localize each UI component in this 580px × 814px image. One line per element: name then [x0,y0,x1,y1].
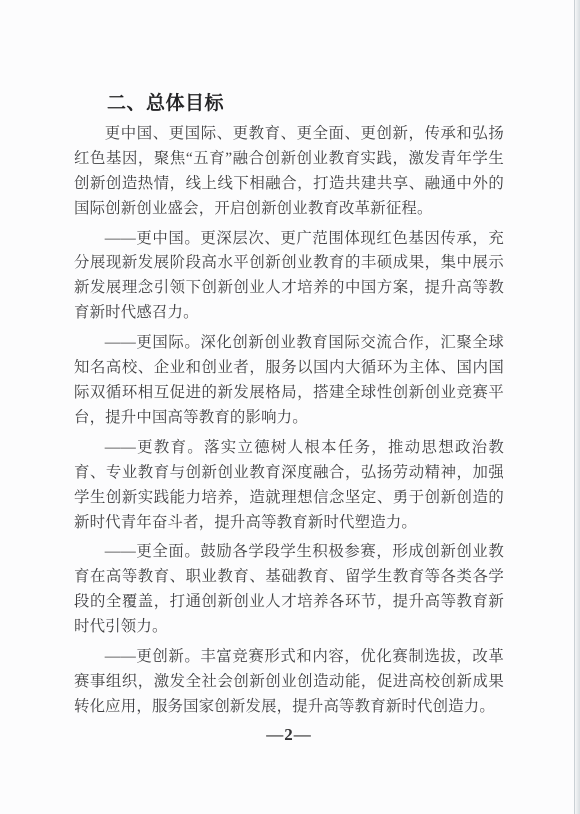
document-content: 二、总体目标 更中国、更国际、更教育、更全面、更创新，传承和弘扬红色基因，聚焦“… [0,0,580,747]
document-page: 二、总体目标 更中国、更国际、更教育、更全面、更创新，传承和弘扬红色基因，聚焦“… [0,0,580,814]
paragraph-intro: 更中国、更国际、更教育、更全面、更创新，传承和弘扬红色基因，聚焦“五育”融合创新… [74,122,504,222]
section-heading: 二、总体目标 [74,92,504,117]
paragraph-more-international: ——更国际。深化创新创业教育国际交流合作，汇聚全球知名高校、企业和创业者，服务以… [74,331,504,431]
scan-right-edge [574,0,580,814]
paragraph-more-education: ——更教育。落实立德树人根本任务，推动思想政治教育、专业教育与创新创业教育深度融… [74,436,504,536]
page-number: —2— [74,722,504,747]
paragraph-more-comprehensive: ——更全面。鼓励各学段学生积极参赛，形成创新创业教育在高等教育、职业教育、基础教… [74,540,504,640]
paragraph-more-china: ——更中国。更深层次、更广范围体现红色基因传承，充分展现新发展阶段高水平创新创业… [74,227,504,327]
paragraph-more-innovative: ——更创新。丰富竞赛形式和内容，优化赛制选拔，改革赛事组织，激发全社会创新创业创… [74,645,504,720]
